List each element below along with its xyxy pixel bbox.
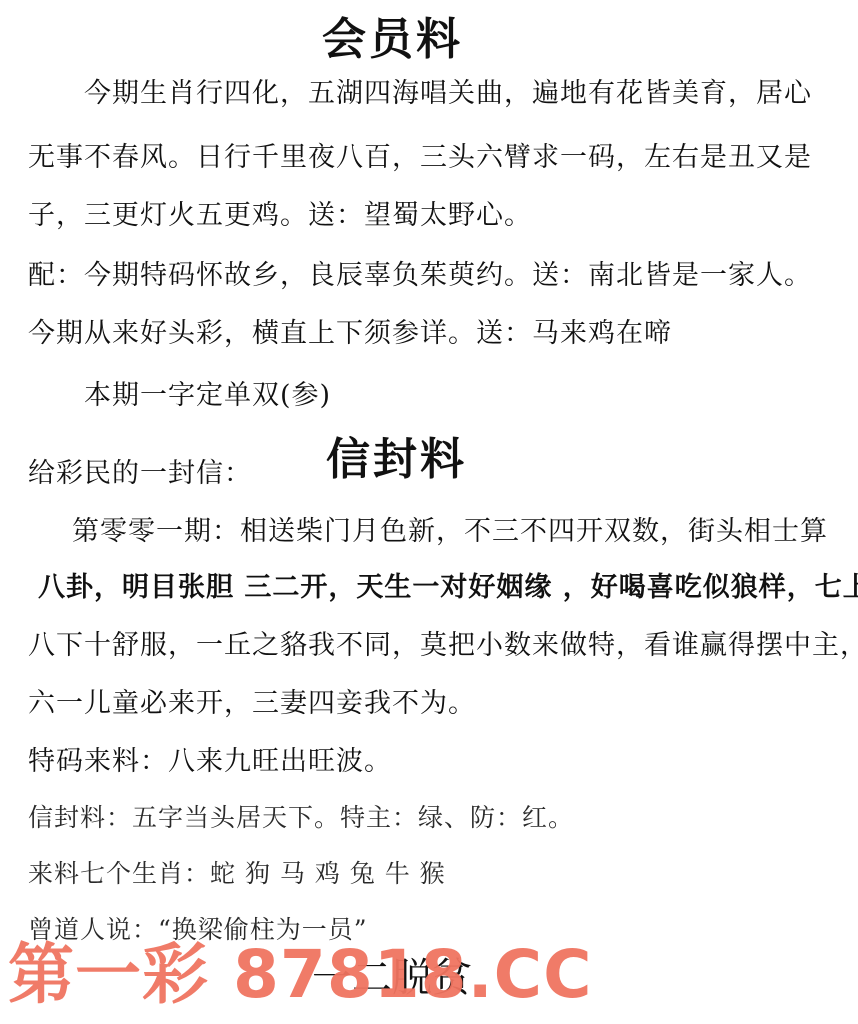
text-line: 信封料：五字当头居天下。特主：绿、防：红。 [28,800,574,836]
section-title-envelope: 信封料 [326,432,467,488]
text-line: 无事不春风。日行千里夜八百，三头六臂求一码，左右是丑又是 [28,140,812,176]
text-line: 今期生肖行四化，五湖四海唱关曲，遍地有花皆美育，居心 [84,76,812,112]
text-line: 来料七个生肖：蛇 狗 马 鸡 兔 牛 猴 [28,856,446,892]
text-line: 子，三更灯火五更鸡。送：望蜀太野心。 [28,198,532,234]
text-line: 八卦，明目张胆 三二开，天生一对好姻缘 ，好喝喜吃似狼样，七上 [38,570,858,606]
text-line: 六一儿童必来开，三妻四妾我不为。 [28,686,476,722]
text-line: 今期从来好头彩，横直上下须参详。送：马来鸡在啼 [28,316,672,352]
text-line: 第零零一期：相送柴门月色新，不三不四开双数，街头相士算 [72,514,828,550]
text-line: 特码来料：八来九旺出旺波。 [28,744,392,780]
text-line: 八下十舒服，一丘之貉我不同，莫把小数来做特，看谁赢得摆中主， [28,628,858,664]
section-title-member: 会员料 [322,12,463,68]
site-watermark: 第一彩 87818.CC [8,935,593,1015]
letter-label: 给彩民的一封信： [28,456,252,492]
text-line: 配：今期特码怀故乡，良辰辜负茱萸约。送：南北皆是一家人。 [28,258,812,294]
text-line: 本期一字定单双(参) [84,378,331,414]
